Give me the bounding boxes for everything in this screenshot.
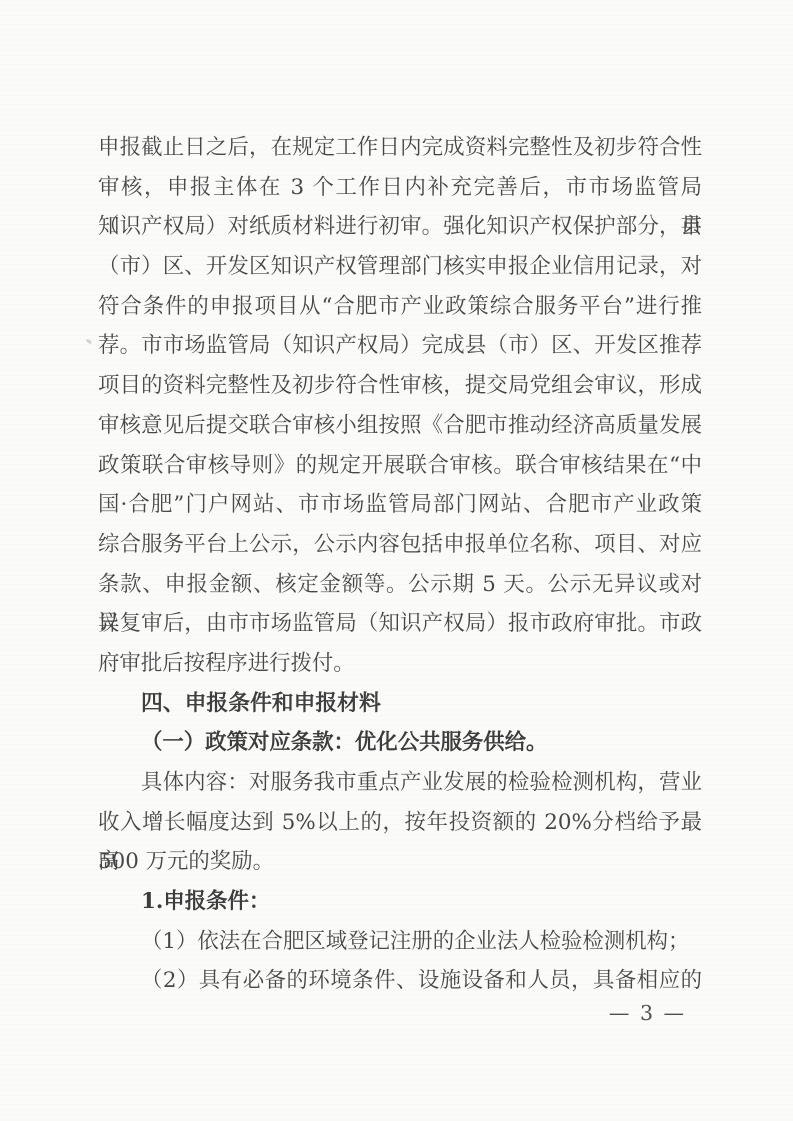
text-line: 500 万元的奖励。 [98, 842, 702, 882]
text-line: 符合条件的申报项目从“合肥市产业政策综合服务平台”进行推 [98, 287, 702, 327]
text-line: 申报截止日之后，在规定工作日内完成资料完整性及初步符合性 [98, 128, 702, 168]
text-line: 具体内容：对服务我市重点产业发展的检验检测机构，营业 [98, 763, 702, 803]
text-line: 议复审后，由市市场监管局（知识产权局）报市政府审批。市政 [98, 604, 702, 644]
text-line: 条款、申报金额、核定金额等。公示期 5 天。公示无异议或对异 [98, 565, 702, 605]
text-line: 府审批后按程序进行拨付。 [98, 644, 702, 684]
text-line: 综合服务平台上公示，公示内容包括申报单位名称、项目、对应 [98, 525, 702, 565]
text-line: 项目的资料完整性及初步符合性审核，提交局党组会审议，形成 [98, 366, 702, 406]
text-line: 政策联合审核导则》的规定开展联合审核。联合审核结果在“中 [98, 446, 702, 486]
text-line: 审核意见后提交联合审核小组按照《合肥市推动经济高质量发展 [98, 406, 702, 446]
text-line: （一）政策对应条款：优化公共服务供给。 [98, 723, 702, 763]
text-line: 国·合肥”门户网站、市市场监管局部门网站、合肥市产业政策 [98, 485, 702, 525]
text-line: （2）具有必备的环境条件、设施设备和人员，具备相应的 [98, 961, 702, 1001]
text-line: 四、申报条件和申报材料 [98, 684, 702, 724]
text-line: 收入增长幅度达到 5%以上的，按年投资额的 20%分档给予最高 [98, 803, 702, 843]
text-line: （市）区、开发区知识产权管理部门核实申报企业信用记录，对 [98, 247, 702, 287]
document-body-text: 申报截止日之后，在规定工作日内完成资料完整性及初步符合性审核，申报主体在 3 个… [98, 128, 702, 1001]
text-line: 知识产权局）对纸质材料进行初审。强化知识产权保护部分，县 [98, 207, 702, 247]
scan-artifact [86, 339, 93, 345]
text-line: 1.申报条件： [98, 882, 702, 922]
page-number: — 3 — [609, 998, 686, 1028]
text-line: 荐。市市场监管局（知识产权局）完成县（市）区、开发区推荐 [98, 326, 702, 366]
document-page: 申报截止日之后，在规定工作日内完成资料完整性及初步符合性审核，申报主体在 3 个… [0, 0, 793, 1121]
text-line: （1）依法在合肥区域登记注册的企业法人检验检测机构； [98, 922, 702, 962]
text-line: 审核，申报主体在 3 个工作日内补充完善后，市市场监管局（市 [98, 168, 702, 208]
